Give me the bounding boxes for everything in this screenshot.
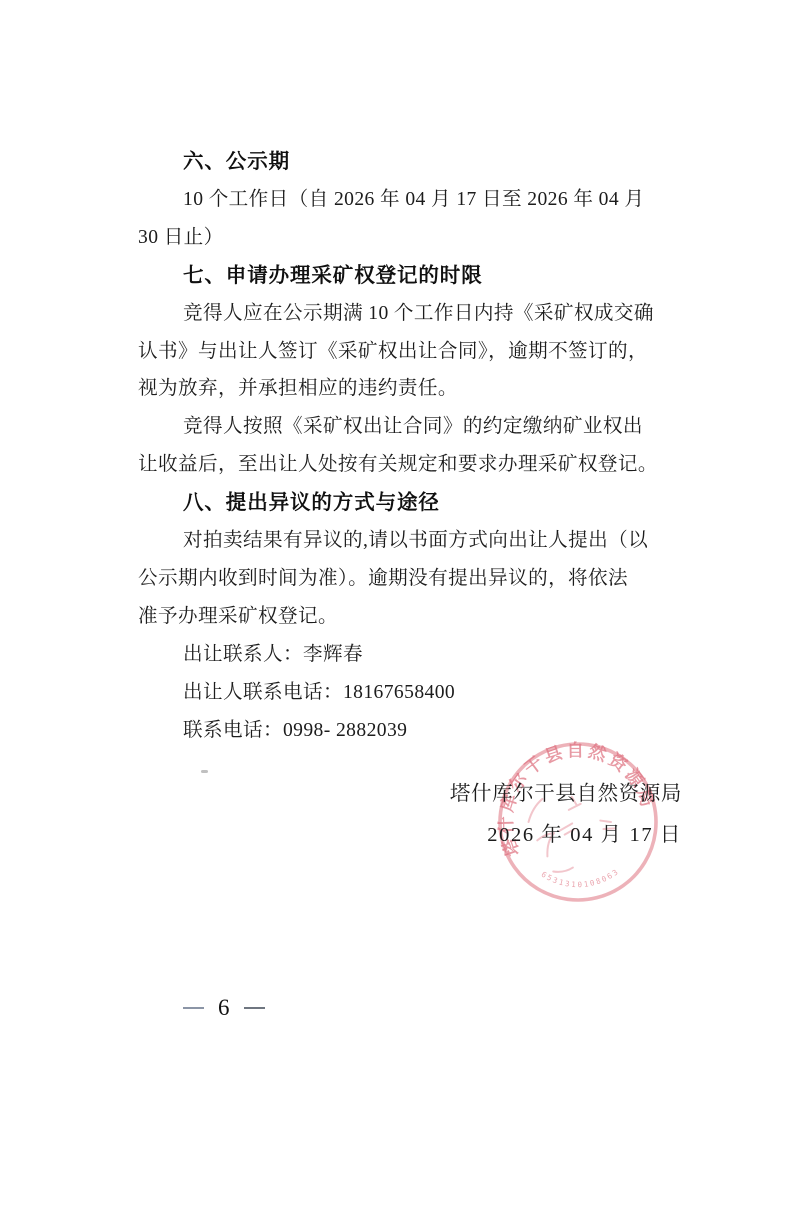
signing-organization: 塔什库尔干县自然资源局	[450, 779, 682, 809]
section-7-paragraph-line: 视为放弃，并承担相应的违约责任。	[138, 370, 659, 408]
section-8-paragraph-line: 准予办理采矿权登记。	[138, 598, 659, 636]
section-7-paragraph-line: 认书》与出让人签订《采矿权出让合同》，逾期不签订的，	[138, 333, 659, 371]
section-6-paragraph-line: 30 日止）	[138, 219, 659, 257]
page-number: 6	[216, 996, 232, 1019]
section-7-paragraph-line: 竞得人按照《采矿权出让合同》的约定缴纳矿业权出	[138, 408, 659, 446]
section-8-heading: 八、提出异议的方式与途径	[138, 484, 659, 522]
contact-phone-line: 出让人联系电话：18167658400	[138, 674, 659, 712]
document-body: 六、公示期 10 个工作日（自 2026 年 04 月 17 日至 2026 年…	[138, 143, 659, 750]
section-8-paragraph-line: 对拍卖结果有异议的,请以书面方式向出让人提出（以	[138, 522, 659, 560]
contact-phone-line-2: 联系电话：0998- 2882039	[138, 712, 659, 750]
section-7-heading: 七、申请办理采矿权登记的时限	[138, 257, 659, 295]
document-page: 六、公示期 10 个工作日（自 2026 年 04 月 17 日至 2026 年…	[0, 0, 793, 1208]
scan-artifact-dot	[201, 770, 208, 773]
section-8-paragraph-line: 公示期内收到时间为准）。逾期没有提出异议的，将依法	[138, 560, 659, 598]
page-footer: 6	[183, 996, 265, 1019]
signature-block: 塔什库尔干县自然资源局 2026 年 04 月 17 日	[450, 779, 682, 850]
contact-person-line: 出让联系人：李辉春	[138, 636, 659, 674]
footer-right-dash	[244, 1007, 265, 1009]
section-7-paragraph-line: 竞得人应在公示期满 10 个工作日内持《采矿权成交确	[138, 295, 659, 333]
section-6-heading: 六、公示期	[138, 143, 659, 181]
signing-date: 2026 年 04 月 17 日	[450, 820, 682, 850]
section-7-paragraph-line: 让收益后，至出让人处按有关规定和要求办理采矿权登记。	[138, 446, 659, 484]
footer-left-dash	[183, 1007, 204, 1009]
section-6-paragraph-line: 10 个工作日（自 2026 年 04 月 17 日至 2026 年 04 月	[138, 181, 659, 219]
